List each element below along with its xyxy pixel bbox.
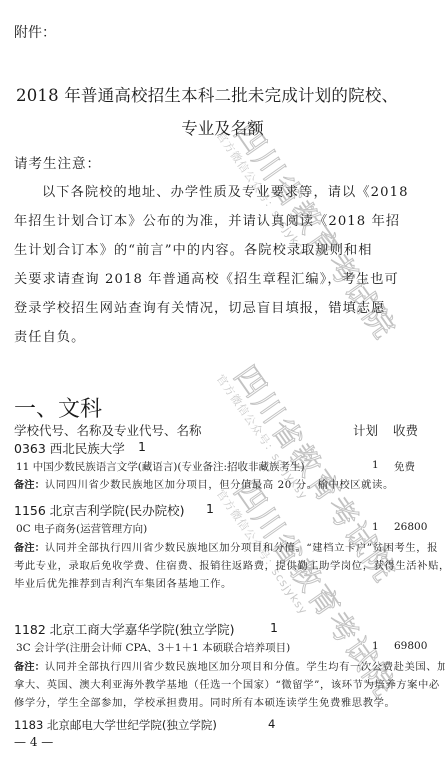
- remark-text: 考此专业，录取后免收学费、住宿费、报销往返路费，提供勤工助学岗位，获得生活补贴，: [14, 557, 445, 572]
- school-plan-count: 1: [270, 620, 278, 635]
- course-fee: 26800: [394, 521, 427, 533]
- remark-label: 备注：: [14, 661, 45, 673]
- notice-line: 以下各院校的地址、办学性质及专业要求等，请以《2018: [42, 181, 409, 200]
- remark-label: 备注：: [14, 542, 45, 554]
- section-title: 一、文科: [14, 392, 102, 423]
- course-plan: 1: [372, 640, 379, 652]
- notice-line: 登录学校招生网站查询有关情况，切忌盲目填报，错填志愿: [14, 297, 385, 316]
- remark-text: 毕业后优先推荐到吉利汽车集团各基地工作。: [14, 575, 232, 590]
- remark-text: 认同并全部执行四川省少数民族地区加分项目和分值。学生均有一次公费赴美国、加: [45, 661, 445, 673]
- column-header-plan: 计划: [353, 421, 378, 439]
- page-number: — 4 —: [14, 735, 53, 749]
- course-fee: 免费: [394, 459, 415, 474]
- column-header-name: 学校代号、名称及专业代号、名称: [14, 421, 202, 439]
- school-row: 1156 北京吉利学院(民办院校) 1: [14, 501, 185, 519]
- notice-line: 关要求请查询 2018 年普通高校《招生章程汇编》，考生也可: [14, 268, 399, 287]
- school-code-name: 1182 北京工商大学嘉华学院(独立学院): [14, 622, 235, 637]
- school-code-name: 0363 西北民族大学: [14, 441, 125, 456]
- remark-text: 认同并全部执行四川省少数民族地区加分项目和分值。“建档立卡户”贫困考生，报: [45, 542, 438, 554]
- course-plan: 1: [372, 459, 379, 471]
- notice-heading: 请考生注意：: [14, 152, 101, 172]
- column-header-fee: 收费: [393, 421, 418, 439]
- school-plan-count: 1: [206, 501, 214, 516]
- school-remark: 备注：认同并全部执行四川省少数民族地区加分项目和分值。学生均有一次公费赴美国、加: [14, 658, 445, 673]
- notice-line: 生计划合订本》的“前言”中的内容。各院校录取规则和相: [14, 239, 373, 258]
- document-title-line2: 专业及名额: [0, 115, 445, 139]
- school-code-name: 1156 北京吉利学院(民办院校): [14, 503, 185, 518]
- remark-text: 修学分，学生全部参加，学校承担费用。同时所有本硕连读学生免费雅思教学。: [14, 694, 395, 709]
- course-name: 3C 会计学(注册会计师 CPA、3＋1＋1 本硕联合培养项目): [16, 640, 290, 655]
- school-remark: 备注：认同并全部执行四川省少数民族地区加分项目和分值。“建档立卡户”贫困考生，报: [14, 539, 438, 554]
- school-plan-count: 4: [268, 717, 275, 731]
- course-fee: 69800: [394, 640, 427, 652]
- notice-line: 责任自负。: [14, 326, 85, 345]
- remark-text: 拿大、英国、澳大利亚海外教学基地（任选一个国家）“微留学”，该环节为培养方案中必: [14, 676, 440, 691]
- school-row: 1182 北京工商大学嘉华学院(独立学院) 1: [14, 620, 235, 638]
- notice-line: 年招生计划合订本》公布的为准，并请认真阅读《2018 年招: [14, 210, 400, 229]
- school-remark: 备注：认同四川省少数民族地区加分项目，但分值最高 20 分。榆中校区就读。: [14, 476, 394, 491]
- remark-text: 认同四川省少数民族地区加分项目，但分值最高 20 分。榆中校区就读。: [45, 479, 394, 491]
- school-code-name: 1183 北京邮电大学世纪学院(独立学院): [14, 718, 217, 732]
- document-title-line1: 2018 年普通高校招生本科二批未完成计划的院校、: [16, 82, 398, 106]
- course-name: 11 中国少数民族语言文学(藏语言)(专业备注:招收非藏族考生): [16, 459, 305, 474]
- school-row: 1183 北京邮电大学世纪学院(独立学院) 4: [14, 717, 217, 733]
- attachment-label: 附件：: [14, 22, 56, 42]
- remark-label: 备注：: [14, 479, 45, 491]
- school-row: 0363 西北民族大学 1: [14, 439, 125, 457]
- course-name: 0C 电子商务(运营管理方向): [16, 521, 147, 536]
- course-plan: 1: [372, 521, 379, 533]
- school-plan-count: 1: [138, 439, 146, 454]
